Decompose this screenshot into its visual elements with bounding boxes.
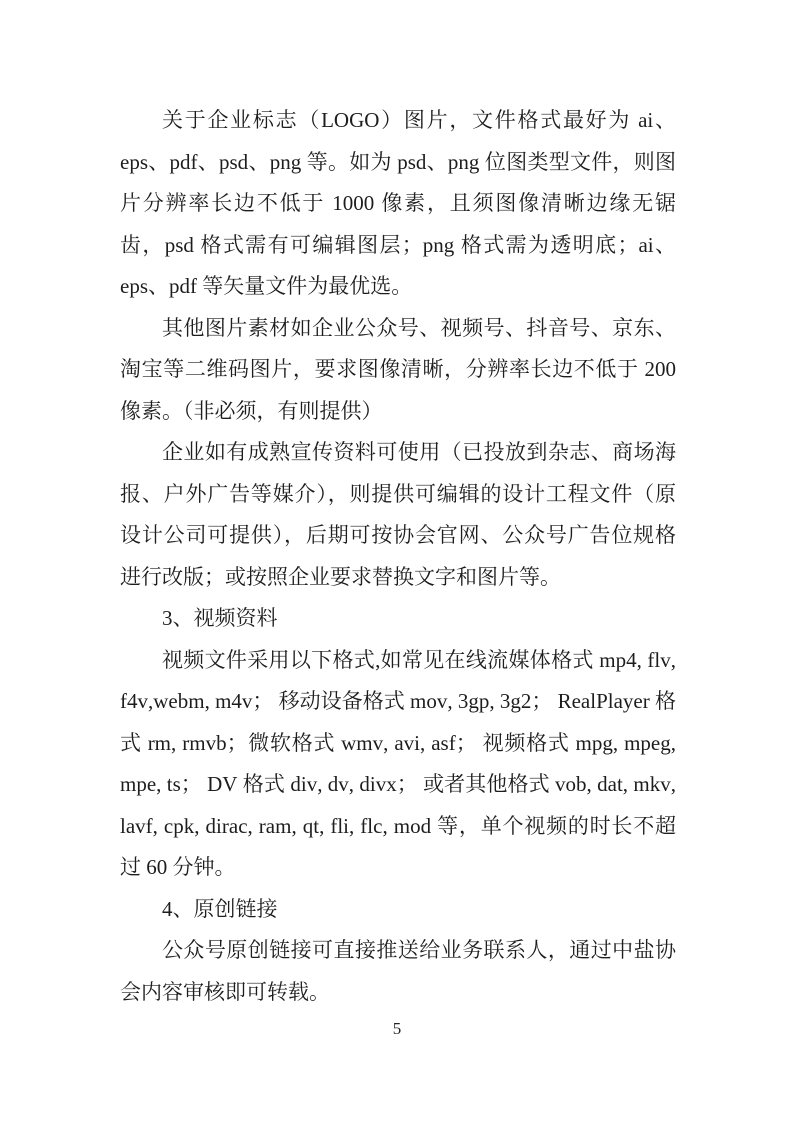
- paragraph-video-formats: 视频文件采用以下格式,如常见在线流媒体格式 mp4, flv, f4v,webm…: [120, 640, 676, 889]
- paragraph-existing-materials: 企业如有成熟宣传资料可使用（已投放到杂志、商场海报、户外广告等媒介），则提供可编…: [120, 432, 676, 598]
- section-heading-video-materials: 3、视频资料: [120, 598, 676, 640]
- paragraph-logo-requirements: 关于企业标志（LOGO）图片，文件格式最好为 ai、eps、pdf、psd、pn…: [120, 100, 676, 308]
- paragraph-original-links: 公众号原创链接可直接推送给业务联系人，通过中盐协会内容审核即可转载。: [120, 930, 676, 1013]
- paragraph-qrcode-images: 其他图片素材如企业公众号、视频号、抖音号、京东、淘宝等二维码图片，要求图像清晰，…: [120, 308, 676, 433]
- document-page: 关于企业标志（LOGO）图片，文件格式最好为 ai、eps、pdf、psd、pn…: [0, 0, 794, 1123]
- document-content: 关于企业标志（LOGO）图片，文件格式最好为 ai、eps、pdf、psd、pn…: [120, 100, 676, 1013]
- page-number: 5: [0, 1016, 794, 1042]
- section-heading-original-links: 4、原创链接: [120, 889, 676, 931]
